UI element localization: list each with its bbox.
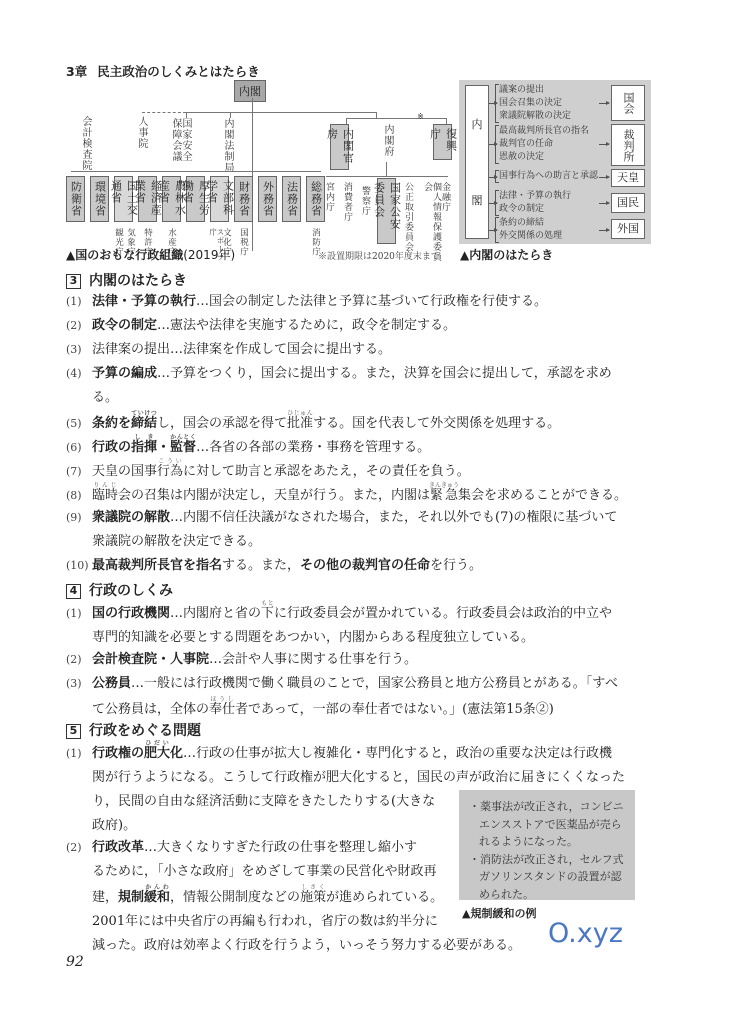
ruby-base: 下 <box>261 606 274 621</box>
item-text: …内閣府と省の <box>170 606 261 621</box>
item: 恩赦の決定 <box>499 151 589 164</box>
item-term: 予算の編成 <box>92 366 157 381</box>
item-text: する。国を代表して外交関係を処理する。 <box>313 416 560 431</box>
ruby-reading: りんじ <box>92 482 118 489</box>
agency-keisatsu: 警察庁 <box>360 186 369 216</box>
s4-item-3: (3)公務員…一般には行政機関で働く職員のことで，国家公務員と地方公務員とがある… <box>66 672 656 722</box>
agency-kunaicho: 宮内庁 <box>324 182 333 212</box>
arrow-icon <box>489 177 497 178</box>
ruby-reading: ひだい <box>144 740 170 747</box>
s4-item-1: (1)国の行政機関…内閣府と省の下もとに行政委員会が置かれている。行政委員会は政… <box>66 600 656 650</box>
item: 外交関係の処理 <box>499 230 562 243</box>
ruby-reading: かんとく <box>170 434 196 441</box>
ruby-reading: ほうし <box>209 696 235 703</box>
org-upper-line <box>186 112 376 113</box>
naikaku-char-1: 内 <box>472 116 483 132</box>
section-number: 3 <box>66 274 81 289</box>
arrow-icon <box>489 144 497 145</box>
ministry-gaimu: 外務省 <box>258 176 277 222</box>
item-continuation: て公務員は，全体の奉仕ほうし者であって，一部の奉仕者ではない。」(憲法第15条②… <box>66 696 656 722</box>
item-text: 者であって，一部の奉仕者ではない。」(憲法第15条②) <box>235 702 554 717</box>
item-number: (1) <box>66 742 92 766</box>
arrow-icon <box>599 144 609 145</box>
item-number: (1) <box>66 290 92 314</box>
agency-kokuzei: 国税庁 <box>239 228 248 257</box>
ruby-base: 緩和 <box>144 890 170 905</box>
item-term: 政令の制定 <box>92 318 157 333</box>
deregulation-box: ・薬事法が改正され，コンビニエンスストアで医薬品が売られるようになった。 ・消防… <box>459 790 635 900</box>
ruby-base: 施策 <box>300 890 326 905</box>
ministry-kosei: 厚生労働省 <box>186 176 205 222</box>
item-term: ・ <box>157 440 170 455</box>
ruby-reading: ていけつ <box>131 410 157 417</box>
ministry-boei: 防衛省 <box>66 176 85 222</box>
item-term: 行政改革 <box>92 840 144 855</box>
ministry-zaimu: 財務省 <box>234 176 253 222</box>
item-number: (7) <box>66 460 92 484</box>
item: 衆議院解散の決定 <box>499 110 571 123</box>
s3-item-8: (8)臨時りんじ会の召集は内閣が決定し，天皇が行う。また，内閣は緊急きんきゅう集… <box>66 482 656 508</box>
ruby-base: 臨時 <box>92 488 118 503</box>
item-number: (5) <box>66 412 92 436</box>
s4-item-2: (2)会計検査院・人事院…会計や人事に関する仕事を行う。 <box>66 648 656 672</box>
ruby-reading: こうい <box>157 458 183 465</box>
section-title: 行政のしくみ <box>89 583 173 599</box>
section-3-heading: 3内閣のはたらき <box>66 270 187 290</box>
section-number: 4 <box>66 584 81 599</box>
ministry-somu: 総務省 <box>306 176 325 222</box>
ruby-reading: きんきゅう <box>429 482 459 489</box>
target-kokkai: 国会 <box>611 85 645 121</box>
s3-item-3: (3)法律案の提出…法律案を作成して国会に提出する。 <box>66 338 656 362</box>
org-jinjiin: 人事院 <box>136 116 146 149</box>
item-text: 会の召集は内閣が決定し，天皇が行う。また，内閣は <box>118 488 430 503</box>
org-fukko: 復興庁 <box>433 124 452 160</box>
item: 条約の締結 <box>499 217 562 230</box>
agency-kinyu: 金融庁 <box>440 182 449 212</box>
item-text: 天皇の国事 <box>92 464 157 479</box>
hataraki-group-saibansho: 最高裁判所長官の指名裁判官の任命恩赦の決定 <box>499 125 589 164</box>
ministry-kokudo: 国土交通省 <box>114 176 133 222</box>
org-naikaku-box: 内閣 <box>234 80 266 102</box>
item-continuation: 専門的知識を必要とする問題をあつかい，内閣からある程度独立している。 <box>66 626 656 650</box>
item-text: 法律案の提出…法律案を作成して国会に提出する。 <box>92 342 391 357</box>
item-text: ，情報公開制度などの <box>170 890 300 905</box>
item-continuation: 減った。政府は効率よく行政を行うよう，いっそう努力する必要がある。 <box>66 934 586 958</box>
item-term: 規制 <box>118 890 144 905</box>
deregulation-item: ・薬事法が改正され，コンビニエンスストアで医薬品が売られるようになった。 <box>469 798 627 851</box>
caption-text: ▲国のおもな行政組織 <box>66 248 183 262</box>
org-fukko-mark: ※ <box>416 112 424 122</box>
s3-item-1: (1)法律・予算の執行…国会の制定した法律と予算に基づいて行政権を行使する。 <box>66 290 656 314</box>
item-continuation: 衆議院の解散を決定できる。 <box>66 530 656 554</box>
naikaku-hataraki-chart: 内 閣 議案の提出国会召集の決定衆議院解散の決定 最高裁判所長官の指名裁判官の任… <box>459 80 651 244</box>
item-text: …一般には行政機関で働く職員のことで，国家公務員と地方公務員とがある。「すべ <box>131 676 618 691</box>
item-text: し，国会の承認を得て <box>157 416 287 431</box>
section-title: 内閣のはたらき <box>89 273 187 289</box>
item-number: (2) <box>66 836 92 860</box>
agency-kotori: 公正取引委員会 <box>403 182 412 252</box>
item-number: (4) <box>66 362 92 386</box>
item-text: 集会を求めることができる。 <box>458 488 627 503</box>
org-kokka-koan: 国家公安委員会 <box>377 178 396 244</box>
ministry-keizai: 経済産業省 <box>138 176 157 222</box>
page-number: 92 <box>66 954 84 970</box>
arrow-icon <box>599 177 609 178</box>
arrow-icon <box>489 103 497 104</box>
item-number: (6) <box>66 436 92 460</box>
item-term: その他の裁判官の任命 <box>300 558 430 573</box>
org-kaikei: 会計検査院 <box>80 116 90 171</box>
item: 裁判官の任命 <box>499 138 589 151</box>
s3-item-6: (6)行政の指揮しき・監督かんとく…各省の各部の業務・事務を管理する。 <box>66 434 656 460</box>
item: 法律・予算の執行 <box>499 190 571 203</box>
ruby-base: 監督 <box>170 440 196 455</box>
ruby-base: 締結 <box>131 416 157 431</box>
item-term: 行政の <box>92 440 131 455</box>
org-chart-note: ※設置期限は2020年度末まで <box>318 249 440 262</box>
hataraki-group-kokkai: 議案の提出国会召集の決定衆議院解散の決定 <box>499 84 571 123</box>
item-continuation: 関が行うようになる。こうして行政権が肥大化すると，国民の声が政治に届きにくくなっ… <box>66 766 656 790</box>
item-term: 公務員 <box>92 676 131 691</box>
item-number: (8) <box>66 484 92 508</box>
org-dashed-line <box>142 112 186 113</box>
s3-item-7: (7)天皇の国事行為こういに対して助言と承認をあたえ，その責任を負う。 <box>66 458 656 484</box>
arrow-icon <box>599 103 609 104</box>
target-saibansho: 裁判所 <box>611 124 645 166</box>
item: 国会召集の決定 <box>499 97 571 110</box>
item-text: に対して助言と承認をあたえ，その責任を負う。 <box>183 464 470 479</box>
org-nsc: 国家安全保障会議 <box>170 118 190 168</box>
caption-year: (2019年) <box>183 248 235 262</box>
chapter-number: 3章 <box>66 64 87 79</box>
item-term: 最高裁判所長官を指名 <box>92 558 222 573</box>
s3-item-4: (4)予算の編成…予算をつくり，国会に提出する。また，決算を国会に提出して，承認… <box>66 362 656 410</box>
ruby-base: 肥大 <box>144 746 170 761</box>
arrow-icon <box>599 203 609 204</box>
s3-item-10: (10)最高裁判所長官を指名する。また，その他の裁判官の任命を行う。 <box>66 554 656 578</box>
org-right-line <box>346 118 446 119</box>
item-number: (1) <box>66 602 92 626</box>
ministry-homu: 法務省 <box>282 176 301 222</box>
item-text: する。また， <box>222 558 300 573</box>
item-number: (2) <box>66 648 92 672</box>
item-number: (10) <box>66 554 92 578</box>
hataraki-group-kokumin: 法律・予算の執行政令の制定 <box>499 190 571 216</box>
org-chart-caption: ▲国のおもな行政組織(2019年) <box>66 246 235 263</box>
hataraki-naikaku-box: 内 閣 <box>465 85 489 239</box>
org-hosei: 内閣法制局 <box>222 118 232 173</box>
deregulation-item: ・消防法が改正され，セルフ式ガソリンスタンドの設置が認められた。 <box>469 851 627 904</box>
item-text: を行う。 <box>430 558 482 573</box>
item: 政令の制定 <box>499 203 571 216</box>
hataraki-group-gaikoku: 条約の締結外交関係の処理 <box>499 217 562 243</box>
chapter-title: 民主政治のしくみとはたらき <box>97 64 260 79</box>
item-continuation: るために，「小さな政府」をめざして事業の民営化や財政再 <box>66 860 466 884</box>
item-number: (9) <box>66 506 92 530</box>
org-naikakufu-line <box>326 176 448 177</box>
deregulation-caption: ▲規制緩和の例 <box>462 905 536 921</box>
item-term: 法律・予算の執行 <box>92 294 196 309</box>
item-text: て公務員は，全体の <box>92 702 209 717</box>
org-ministry-line <box>71 171 321 172</box>
tick <box>386 162 387 176</box>
org-naikakufu: 内閣府 <box>382 124 392 157</box>
item-number: (2) <box>66 314 92 338</box>
org-trunk-line <box>252 98 253 251</box>
org-chart: 内閣 会計検査院 人事院 国家安全保障会議 内閣法制局 防衛省 環境省 国土交通… <box>66 78 451 268</box>
item-text: …内閣不信任決議がなされた場合，また，それ以外でも(7)の権限に基づいて <box>170 510 617 525</box>
s5-item-2: (2)行政改革…大きくなりすぎた行政の仕事を整理し縮小す るために，「小さな政府… <box>66 836 466 958</box>
section-5-heading: 5行政をめぐる問題 <box>66 720 201 740</box>
ruby-base: 批准 <box>287 416 313 431</box>
item-text: が進められている。 <box>326 890 443 905</box>
ruby-reading: もと <box>261 600 274 607</box>
section-4-heading: 4行政のしくみ <box>66 580 173 600</box>
ruby-reading: ひじゅん <box>287 410 313 417</box>
ruby-base: 緊急 <box>429 488 459 503</box>
ruby-reading: しき <box>131 434 157 441</box>
item-term: 国の行政機関 <box>92 606 170 621</box>
item-text: …大きくなりすぎた行政の仕事を整理し縮小す <box>144 840 417 855</box>
hataraki-group-tenno: 国事行為への助言と承認 <box>499 170 598 183</box>
ruby-base: 指揮 <box>131 440 157 455</box>
item-text: 建， <box>92 890 118 905</box>
naikaku-char-2: 閣 <box>472 192 483 208</box>
arrow-icon <box>489 203 497 204</box>
ruby-base: 奉仕 <box>209 702 235 717</box>
item-term: 条約を <box>92 416 131 431</box>
target-kokumin: 国民 <box>611 193 645 213</box>
section-title: 行政をめぐる問題 <box>89 723 201 739</box>
arrow-icon <box>489 230 497 231</box>
agency-shohisha: 消費者庁 <box>342 182 351 222</box>
ministry-kankyo: 環境省 <box>90 176 109 222</box>
s3-item-2: (2)政令の制定…憲法や法律を実施するために，政令を制定する。 <box>66 314 656 338</box>
item: 国事行為への助言と承認 <box>499 170 598 183</box>
item-term: 化 <box>170 746 183 761</box>
ministry-norin: 農林水産省 <box>162 176 181 222</box>
ruby-reading: しさく <box>300 884 326 891</box>
item-text: …国会の制定した法律と予算に基づいて行政権を行使する。 <box>196 294 547 309</box>
item: 最高裁判所長官の指名 <box>499 125 589 138</box>
item-number: (3) <box>66 338 92 362</box>
s3-item-9: (9)衆議院の解散…内閣不信任決議がなされた場合，また，それ以外でも(7)の権限… <box>66 506 656 554</box>
ministry-monbu: 文部科学省 <box>210 176 229 222</box>
org-kanbo: 内閣官房 <box>330 124 349 170</box>
item-text: …会計や人事に関する仕事を行う。 <box>209 652 417 667</box>
item-continuation: る。 <box>66 386 656 410</box>
item-term: 会計検査院・人事院 <box>92 652 209 667</box>
item-continuation: 2001年には中央省庁の再編も行われ，省庁の数は約半分に <box>66 910 466 934</box>
hataraki-caption: ▲内閣のはたらき <box>460 246 553 263</box>
section-number: 5 <box>66 724 81 739</box>
s3-item-5: (5)条約を締結ていけつし，国会の承認を得て批准ひじゅんする。国を代表して外交関… <box>66 410 656 436</box>
item-term: 行政権の <box>92 746 144 761</box>
ruby-base: 行為 <box>157 464 183 479</box>
watermark: O.xyz <box>548 918 623 949</box>
item-text: …予算をつくり，国会に提出する。また，決算を国会に提出して，承認を求め <box>157 366 612 381</box>
item-text: …各省の各部の業務・事務を管理する。 <box>196 440 430 455</box>
ruby-reading: かんわ <box>144 884 170 891</box>
item-number: (3) <box>66 672 92 696</box>
target-tenno: 天皇 <box>611 169 645 187</box>
arrow-icon <box>599 230 609 231</box>
item-text: …憲法や法律を実施するために，政令を制定する。 <box>157 318 456 333</box>
item: 議案の提出 <box>499 84 571 97</box>
item-continuation: 建，規制緩和かんわ，情報公開制度などの施策しさくが進められている。 <box>66 884 466 910</box>
item-term: 衆議院の解散 <box>92 510 170 525</box>
item-text: …行政の仕事が拡大し複雑化・専門化すると，政治の重要な決定は行政機 <box>183 746 612 761</box>
target-gaikoku: 外国 <box>611 219 645 239</box>
item-text: に行政委員会が置かれている。行政委員会は政治的中立や <box>274 606 612 621</box>
